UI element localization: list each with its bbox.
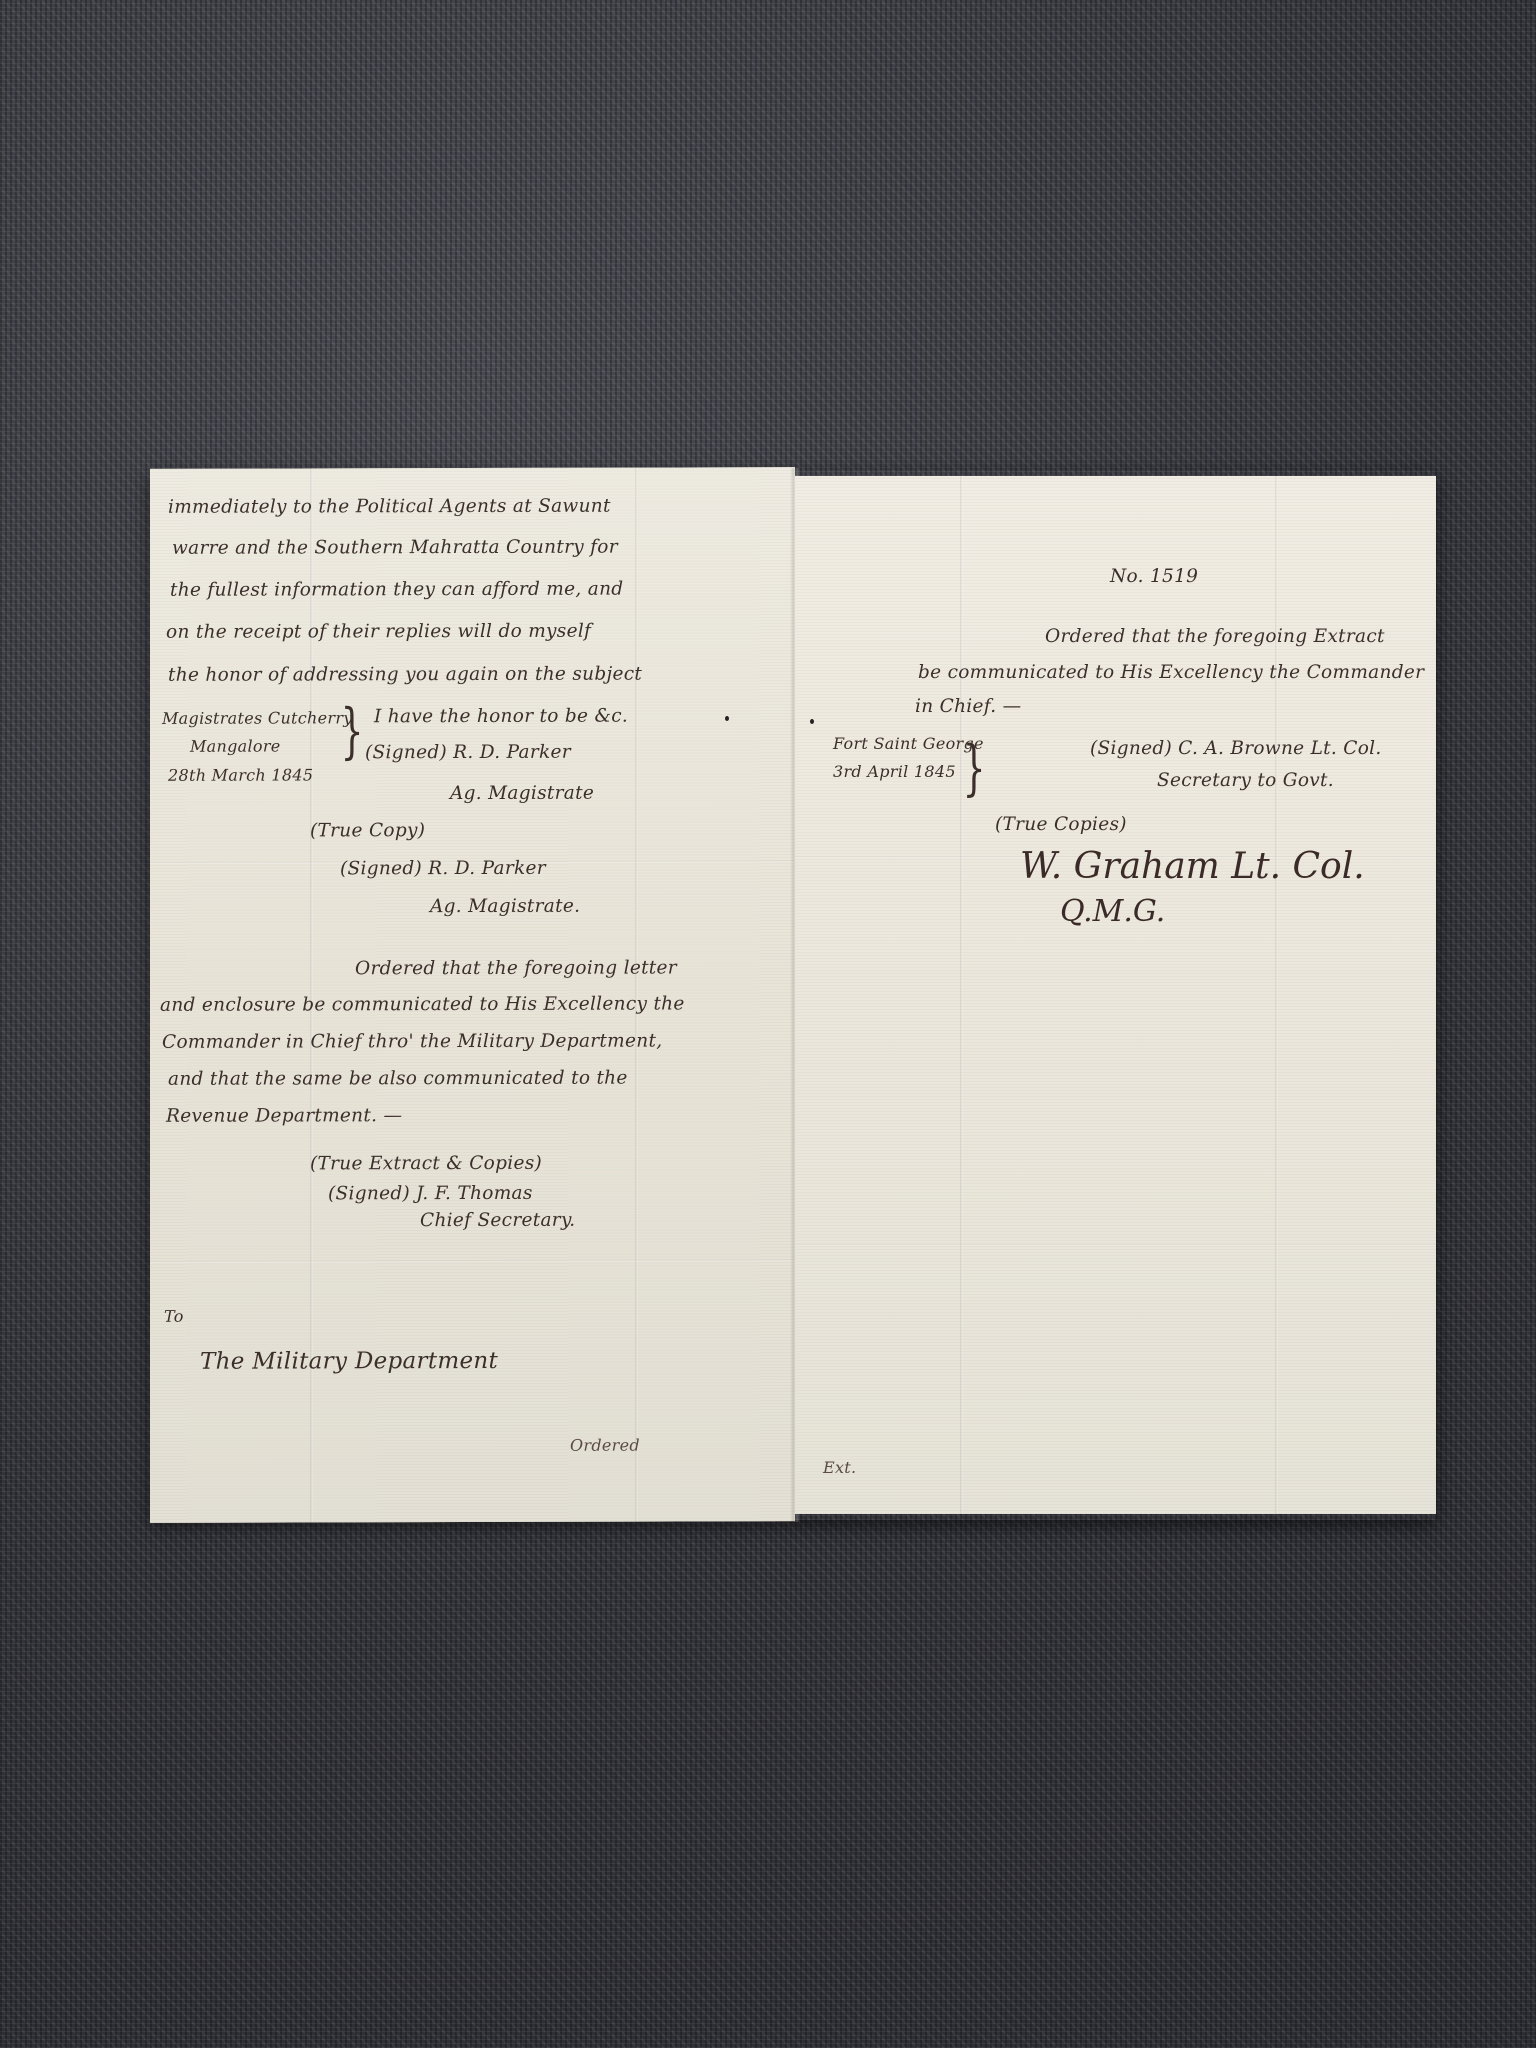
fold-crease [150, 1259, 795, 1263]
true-copies-note: (True Copies) [995, 814, 1127, 835]
signatory-title: Secretary to Govt. [1157, 770, 1334, 791]
signatory-title: Chief Secretary. [420, 1210, 575, 1231]
order-line: Revenue Department. — [166, 1105, 402, 1127]
fold-crease [960, 476, 963, 1514]
document-sheet: immediately to the Political Agents at S… [150, 470, 1436, 1520]
signature-autograph: W. Graham Lt. Col. [1020, 846, 1365, 887]
fold-crease [795, 1244, 1436, 1246]
brace-mark: } [341, 701, 364, 761]
order-line: in Chief. — [915, 696, 1021, 717]
signature: (Signed) J. F. Thomas [328, 1183, 533, 1205]
brace-mark: } [963, 738, 986, 798]
dateline-place: Mangalore [190, 737, 281, 756]
order-line: and enclosure be communicated to His Exc… [160, 993, 685, 1015]
order-line: Ordered that the foregoing Extract [1045, 626, 1385, 647]
letter-closing: I have the honor to be &c. [374, 706, 628, 728]
signatory-title: Ag. Magistrate [450, 783, 594, 804]
signatory-title: Q.M.G. [1060, 894, 1165, 929]
signature: (Signed) R. D. Parker [340, 858, 546, 880]
letter-line: immediately to the Political Agents at S… [168, 496, 611, 518]
dateline-place: Magistrates Cutcherry [162, 708, 353, 727]
letter-line: the fullest information they can afford … [170, 579, 623, 601]
dateline-date: 3rd April 1845 [833, 762, 956, 781]
dateline-place: Fort Saint George [833, 734, 984, 753]
right-page: No. 1519 Ordered that the foregoing Extr… [795, 476, 1436, 1514]
order-line: be communicated to His Excellency the Co… [918, 662, 1424, 683]
left-page: immediately to the Political Agents at S… [150, 467, 795, 1523]
signature: (Signed) R. D. Parker [365, 742, 571, 764]
signatory-title: Ag. Magistrate. [430, 896, 580, 917]
signature: (Signed) C. A. Browne Lt. Col. [1090, 738, 1382, 759]
address-recipient: The Military Department [200, 1348, 498, 1375]
ink-spot [725, 716, 729, 721]
letter-line: warre and the Southern Mahratta Country … [172, 537, 618, 559]
catchword: Ordered [570, 1436, 640, 1455]
address-to: To [164, 1307, 184, 1326]
true-copy-note: (True Copy) [310, 820, 425, 841]
document-number: No. 1519 [1110, 566, 1198, 587]
letter-line: on the receipt of their replies will do … [166, 621, 591, 643]
order-line: Commander in Chief thro' the Military De… [162, 1031, 662, 1053]
order-line: Ordered that the foregoing letter [355, 957, 677, 979]
docket-mark: Ext. [823, 1458, 856, 1477]
order-line: and that the same be also communicated t… [168, 1068, 628, 1090]
attestation-note: (True Extract & Copies) [310, 1153, 542, 1175]
dateline-date: 28th March 1845 [168, 765, 313, 784]
ink-spot [810, 719, 814, 724]
letter-line: the honor of addressing you again on the… [168, 664, 642, 686]
